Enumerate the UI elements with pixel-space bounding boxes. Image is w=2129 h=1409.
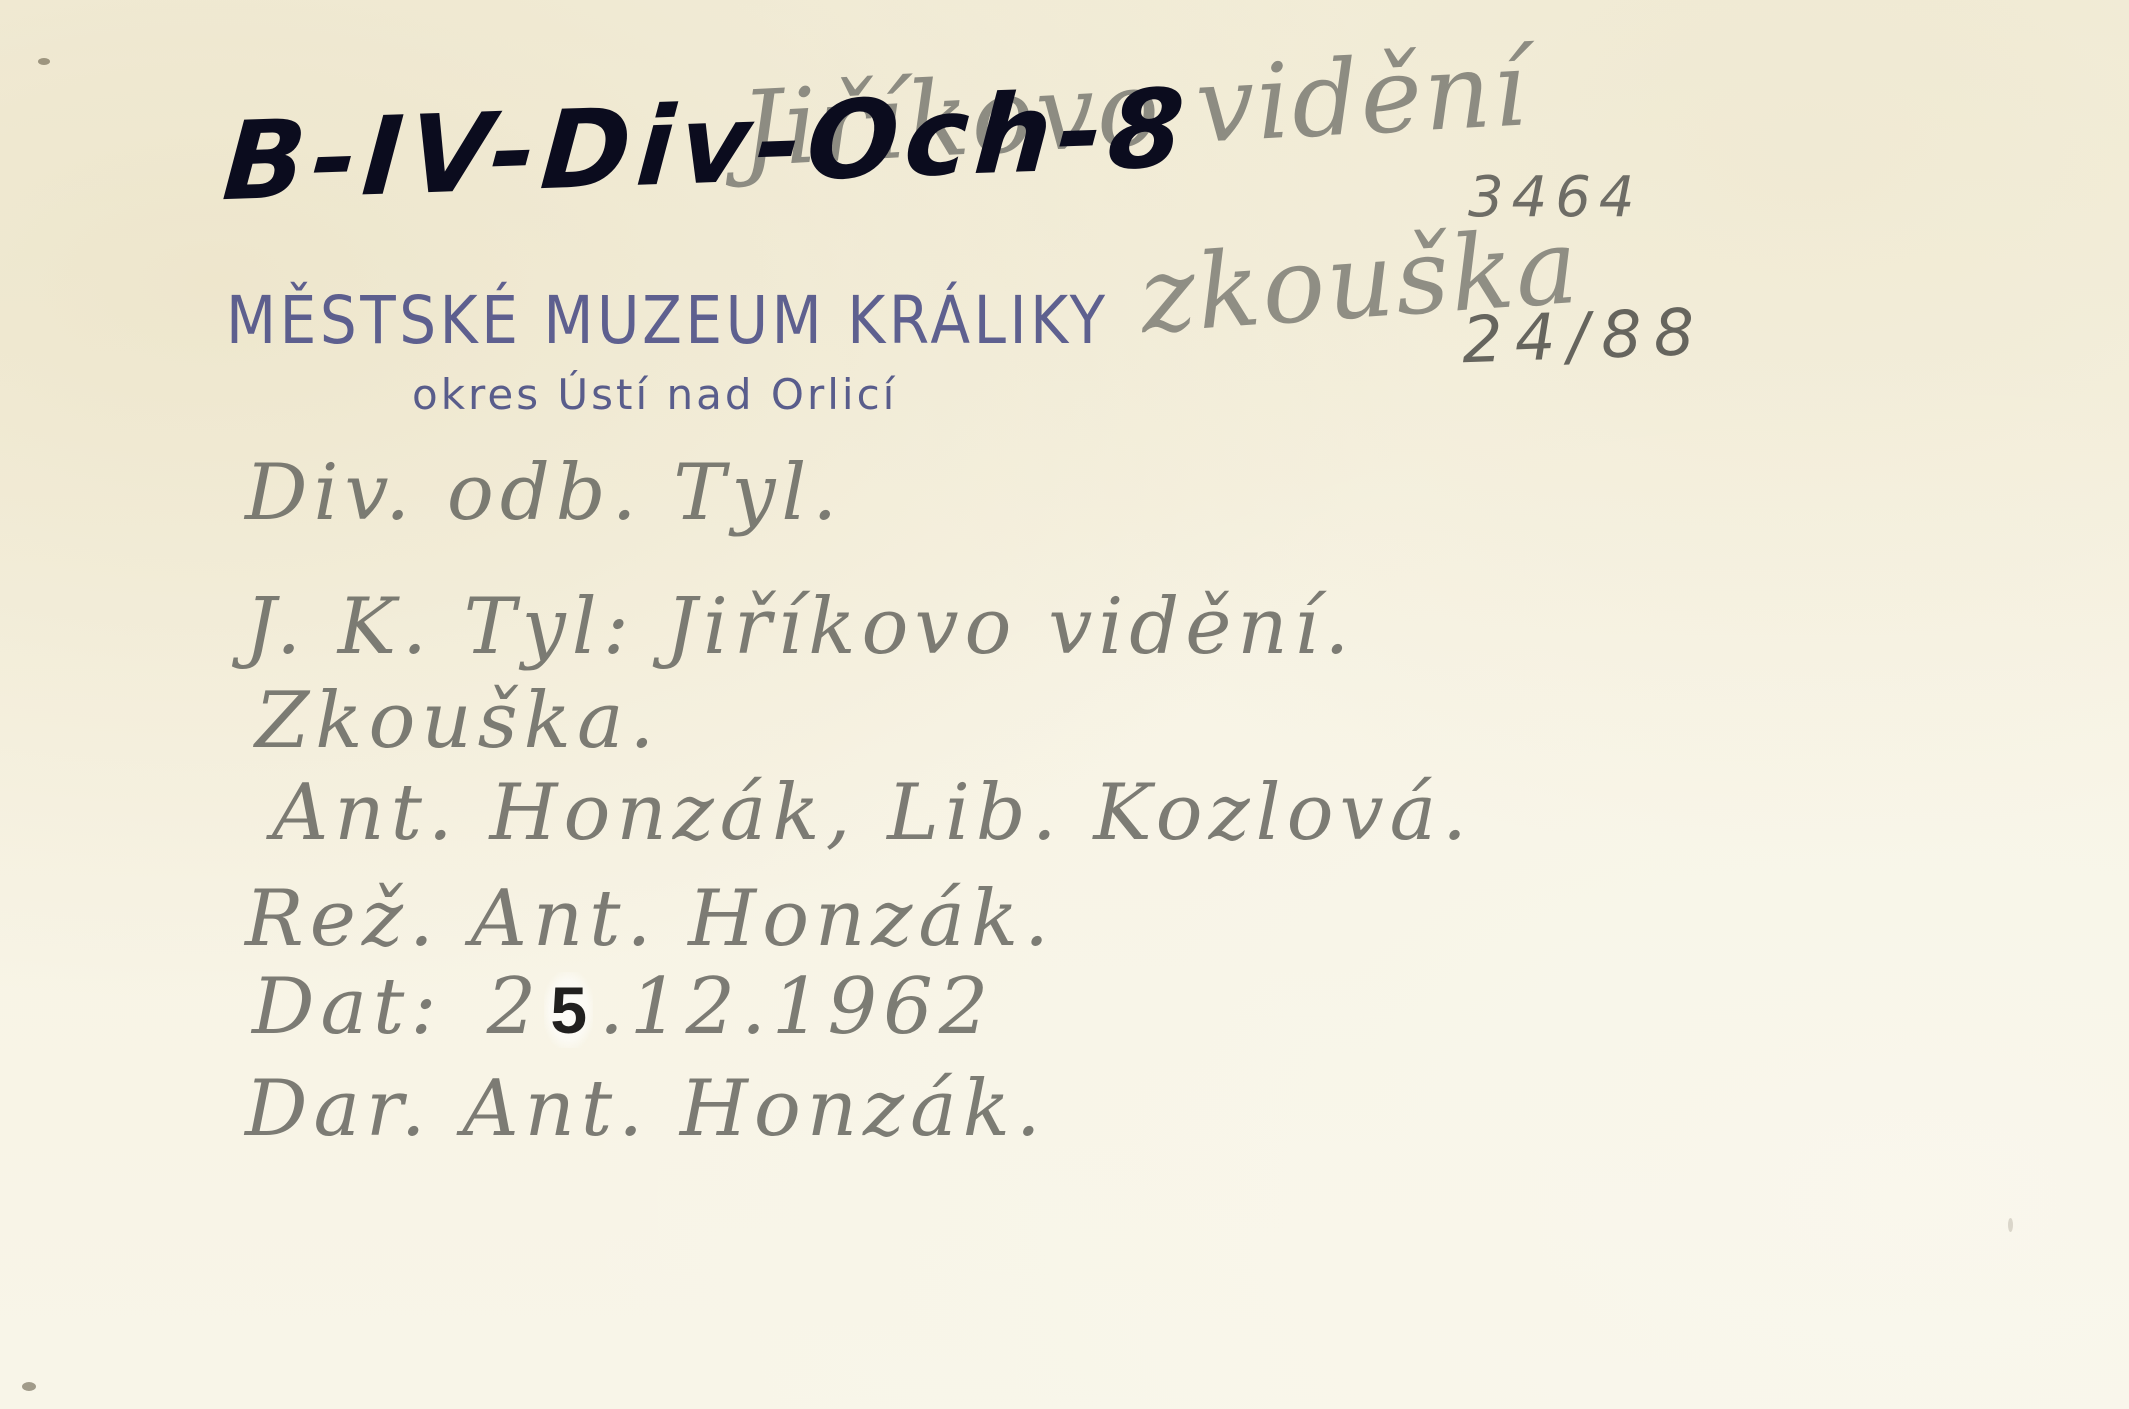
catalog-card: Jiříkovo vidění B-IV-Div-Och-8 3464 zkou…	[0, 0, 2129, 1409]
date-month-year: .12.1962	[599, 962, 994, 1052]
museum-stamp-name: MĚSTSKÉ MUZEUM KRÁLIKY	[226, 282, 1109, 359]
handwritten-director: Rež. Ant. Honzák.	[245, 874, 1055, 964]
paper-speck	[38, 58, 50, 65]
handwritten-donor: Dar. Ant. Honzák.	[245, 1064, 1047, 1154]
handwritten-play-title: J. K. Tyl: Jiříkovo vidění.	[245, 582, 1355, 672]
inventory-code: B-IV-Div-Och-8	[219, 66, 1194, 225]
handwritten-actors: Ant. Honzák, Lib. Kozlová.	[272, 768, 1473, 858]
handwritten-department: Div. odb. Tyl.	[245, 448, 843, 538]
date-label: Dat:	[252, 962, 443, 1052]
handwritten-event: Zkouška.	[255, 676, 660, 766]
paper-speck	[2008, 1218, 2013, 1232]
handwritten-date-row: Dat: 2 5 .12.1962	[252, 962, 994, 1052]
paper-speck	[22, 1382, 36, 1391]
museum-stamp-district: okres Ústí nad Orlicí	[412, 370, 897, 419]
date-day-first-digit: 2	[487, 962, 543, 1052]
pencil-fraction: 24/88	[1461, 296, 1708, 378]
date-overlay-digit: 5	[544, 972, 593, 1048]
